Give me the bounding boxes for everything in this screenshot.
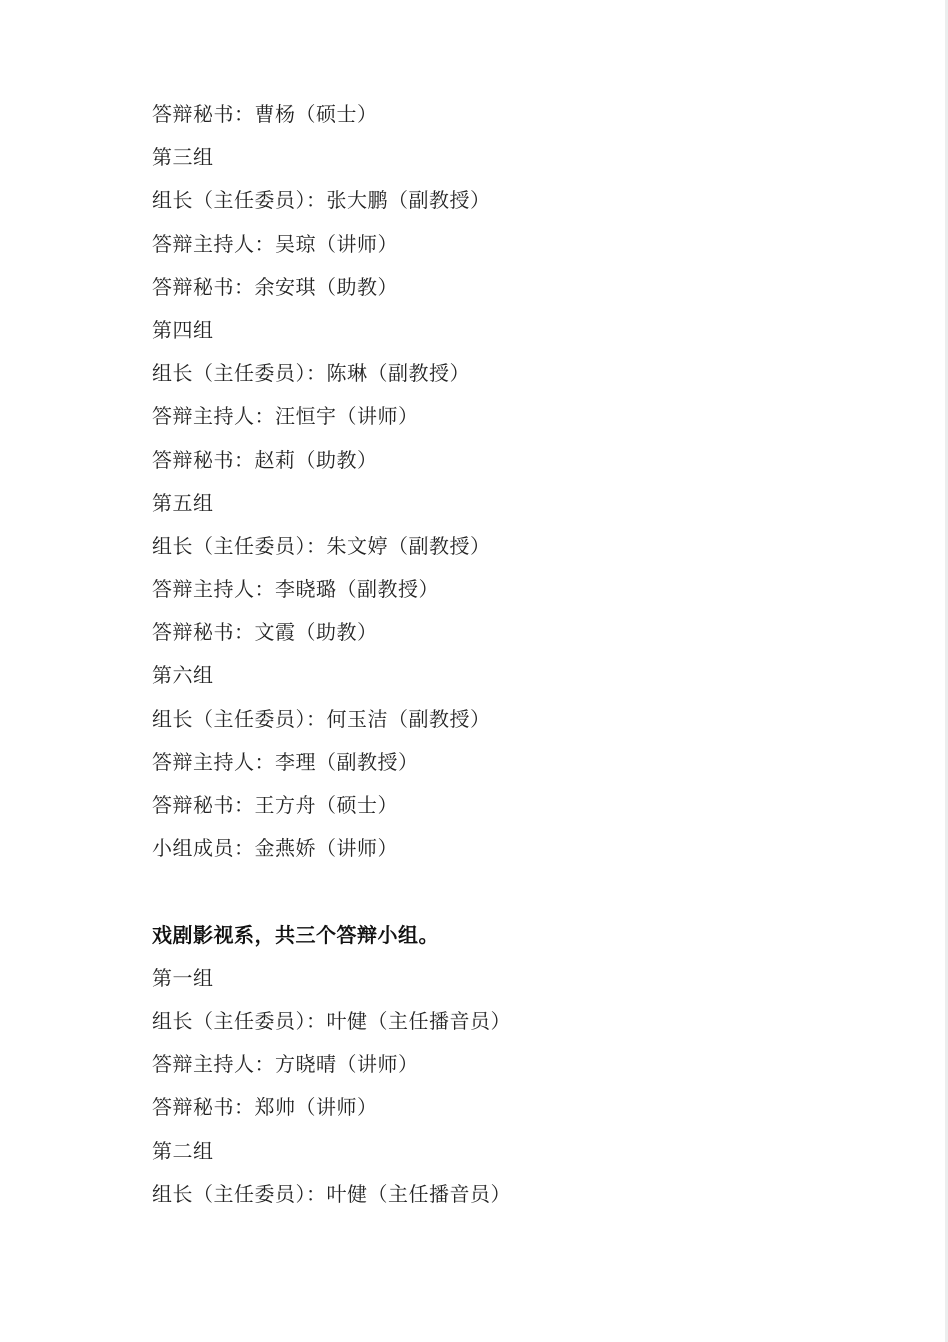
host-line: 答辩主持人：吴琼（讲师） xyxy=(152,223,852,266)
host-line: 答辩主持人：方晓晴（讲师） xyxy=(152,1043,852,1086)
group-title: 第五组 xyxy=(152,482,852,525)
leader-line: 组长（主任委员）：叶健（主任播音员） xyxy=(152,1000,852,1043)
document-page: 答辩秘书：曹杨（硕士） 第三组 组长（主任委员）：张大鹏（副教授） 答辩主持人：… xyxy=(0,0,945,1342)
secretary-line: 答辩秘书：郑帅（讲师） xyxy=(152,1086,852,1129)
group-title: 第六组 xyxy=(152,654,852,697)
group-title: 第三组 xyxy=(152,136,852,179)
host-line: 答辩主持人：李理（副教授） xyxy=(152,741,852,784)
document-body: 答辩秘书：曹杨（硕士） 第三组 组长（主任委员）：张大鹏（副教授） 答辩主持人：… xyxy=(152,93,852,1216)
section-heading: 戏剧影视系，共三个答辩小组。 xyxy=(152,914,852,957)
secretary-line: 答辩秘书：曹杨（硕士） xyxy=(152,93,852,136)
group-title: 第二组 xyxy=(152,1130,852,1173)
blank-line xyxy=(152,870,852,913)
leader-line: 组长（主任委员）：陈琳（副教授） xyxy=(152,352,852,395)
member-line: 小组成员：金燕娇（讲师） xyxy=(152,827,852,870)
secretary-line: 答辩秘书：文霞（助教） xyxy=(152,611,852,654)
group-title: 第四组 xyxy=(152,309,852,352)
host-line: 答辩主持人：李晓璐（副教授） xyxy=(152,568,852,611)
leader-line: 组长（主任委员）：何玉洁（副教授） xyxy=(152,698,852,741)
leader-line: 组长（主任委员）：叶健（主任播音员） xyxy=(152,1173,852,1216)
secretary-line: 答辩秘书：赵莉（助教） xyxy=(152,439,852,482)
host-line: 答辩主持人：汪恒宇（讲师） xyxy=(152,395,852,438)
leader-line: 组长（主任委员）：张大鹏（副教授） xyxy=(152,179,852,222)
secretary-line: 答辩秘书：余安琪（助教） xyxy=(152,266,852,309)
leader-line: 组长（主任委员）：朱文婷（副教授） xyxy=(152,525,852,568)
group-title: 第一组 xyxy=(152,957,852,1000)
secretary-line: 答辩秘书：王方舟（硕士） xyxy=(152,784,852,827)
